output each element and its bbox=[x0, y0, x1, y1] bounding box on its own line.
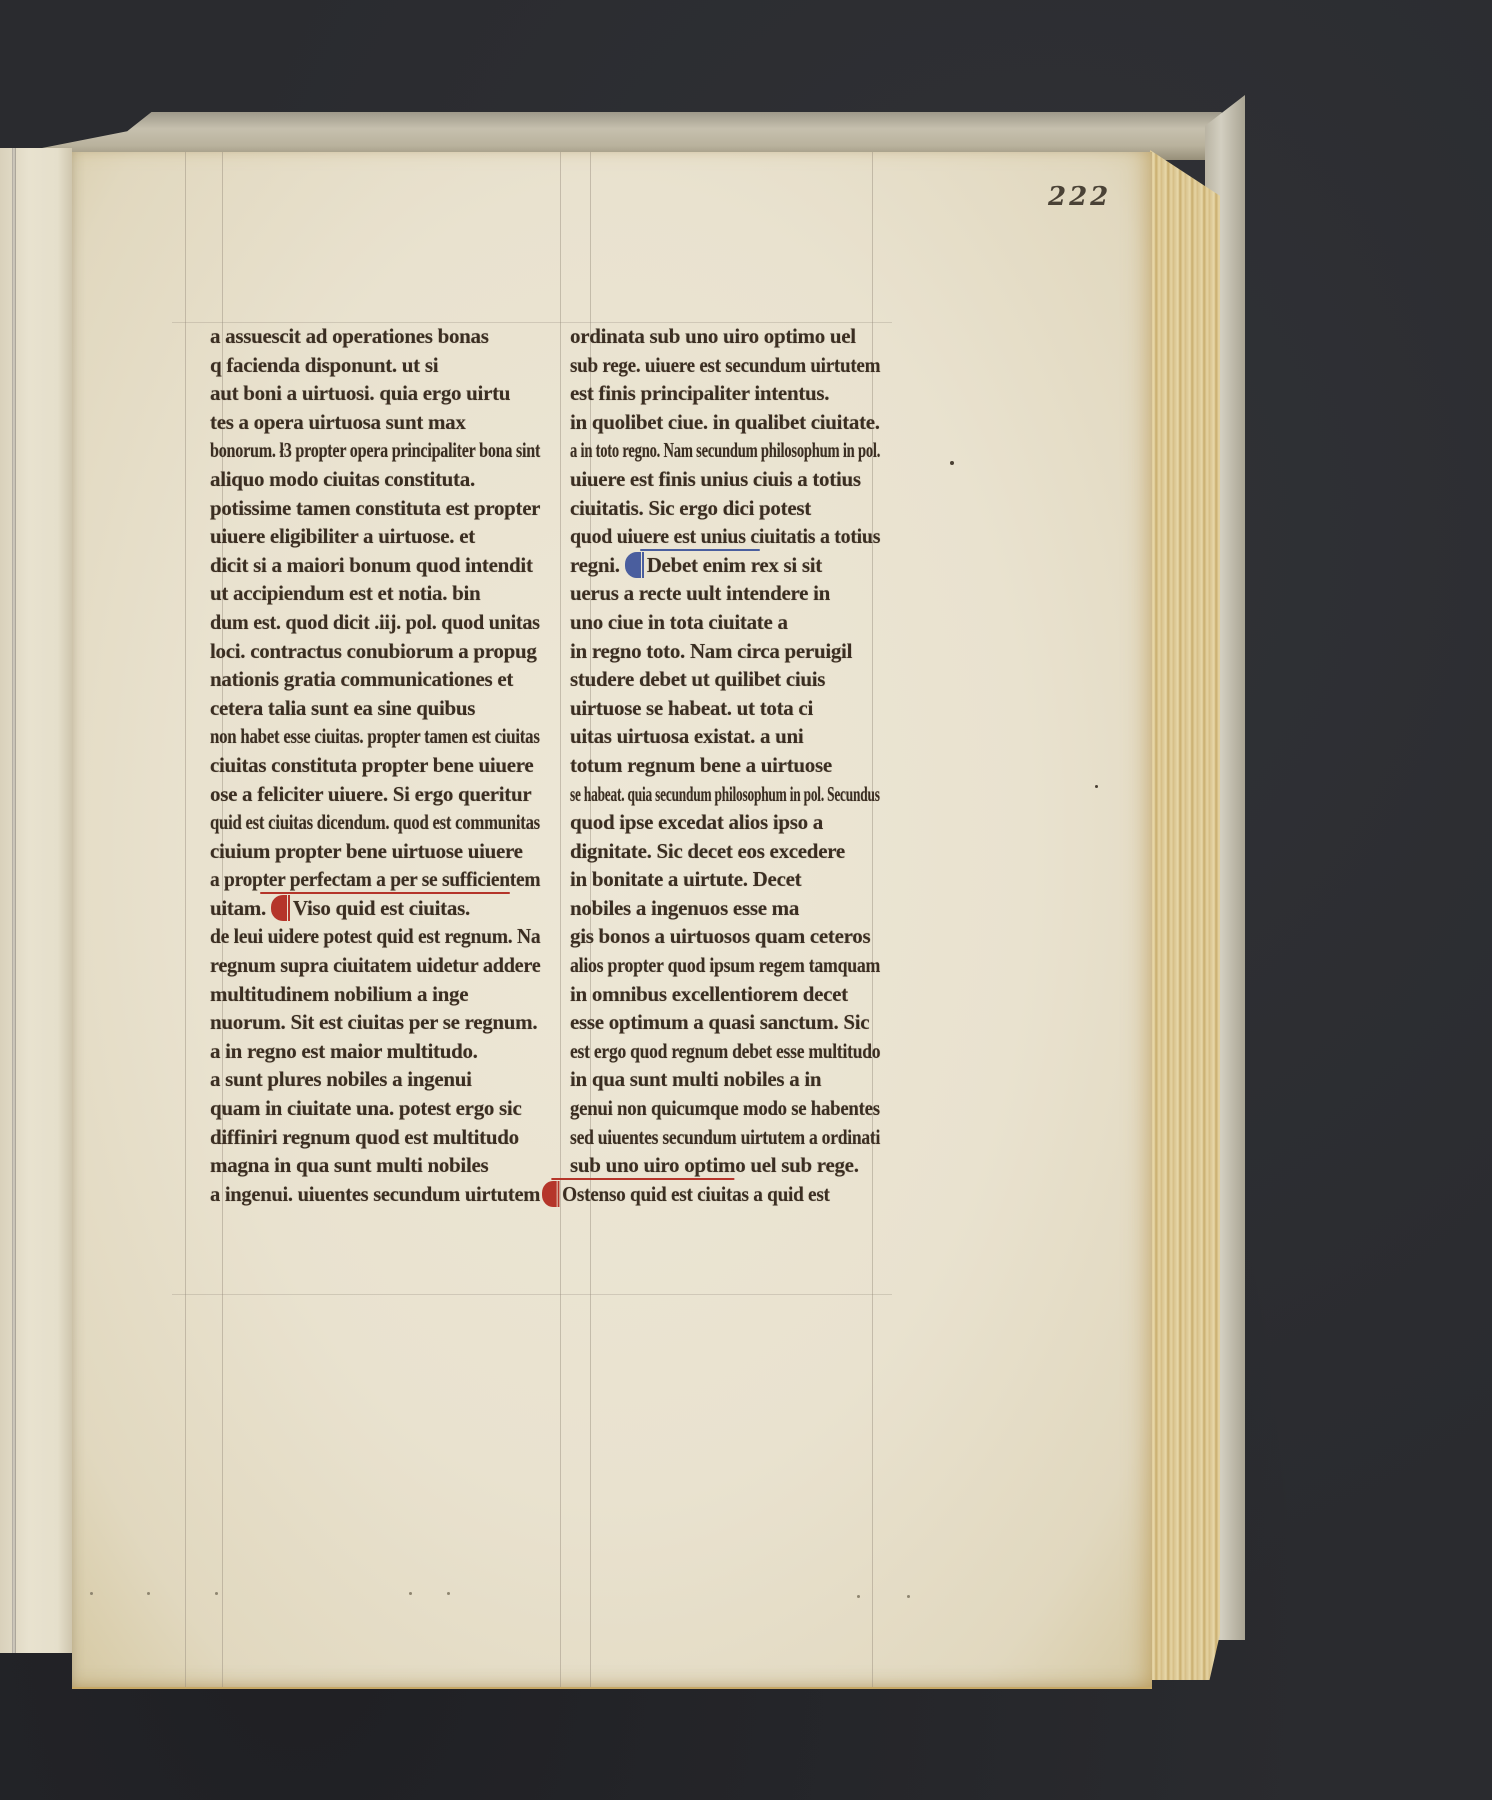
text-line: a in regno est maior multitudo. bbox=[210, 1037, 540, 1066]
text-line: multitudinem nobilium a inge bbox=[210, 980, 540, 1009]
text-line: a in toto regno. Nam secundum philosophu… bbox=[570, 436, 785, 465]
gilded-page-stack bbox=[1150, 150, 1220, 1680]
text-fragment: uitam. bbox=[210, 896, 271, 920]
pricking-hole bbox=[907, 1595, 910, 1598]
text-column-left: a assuescit ad operationes bonas q facie… bbox=[210, 322, 540, 1208]
text-fragment: regni. bbox=[570, 553, 625, 577]
text-line: totum regnum bene a uirtuose bbox=[570, 751, 880, 780]
text-column-right: ordinata sub uno uiro optimo uel sub reg… bbox=[570, 322, 880, 1208]
text-line: sub uno uiro optimo uel sub rege. bbox=[570, 1151, 880, 1180]
text-line: bonorum. ł3 propter opera principaliter … bbox=[210, 436, 463, 465]
text-line: nationis gratia communicationes et bbox=[210, 665, 540, 694]
text-line: dicit si a maiori bonum quod intendit bbox=[210, 551, 540, 580]
pricking-hole bbox=[447, 1592, 450, 1595]
text-line: esse optimum a quasi sanctum. Sic bbox=[570, 1008, 880, 1037]
text-line: q facienda disponunt. ut si bbox=[210, 351, 540, 380]
text-line: in qua sunt multi nobiles a in bbox=[570, 1065, 880, 1094]
text-line: sed uiuentes secundum uirtutem a ordinat… bbox=[570, 1123, 829, 1152]
text-line: magna in qua sunt multi nobiles bbox=[210, 1151, 540, 1180]
gutter-fold bbox=[12, 148, 16, 1653]
text-line: aut boni a uirtuosi. quia ergo uirtu bbox=[210, 379, 540, 408]
paragraph-mark-blue bbox=[625, 552, 641, 578]
text-line: in regno toto. Nam circa peruigil bbox=[570, 637, 880, 666]
text-line: de leui uidere potest quid est regnum. N… bbox=[210, 922, 518, 951]
facing-page-left bbox=[0, 148, 72, 1653]
text-line: est finis principaliter intentus. bbox=[570, 379, 880, 408]
text-line: sub rege. uiuere est secundum uirtutem bbox=[570, 351, 852, 380]
text-line: cetera talia sunt ea sine quibus bbox=[210, 694, 540, 723]
text-line: gis bonos a uirtuosos quam ceteros bbox=[570, 922, 880, 951]
rubric-text: Viso quid est ciuitas. bbox=[293, 896, 470, 920]
text-line: potissime tamen constituta est propter bbox=[210, 494, 539, 523]
text-line: tes a opera uirtuosa sunt max bbox=[210, 408, 540, 437]
rubric-flourish bbox=[551, 1178, 734, 1180]
text-line: quod ipse excedat alios ipso a bbox=[570, 808, 880, 837]
text-line: a propter perfectam a per se sufficiente… bbox=[210, 865, 516, 894]
text-line: nuorum. Sit est ciuitas per se regnum. bbox=[210, 1008, 540, 1037]
text-line: ciuitas constituta propter bene uiuere bbox=[210, 751, 540, 780]
text-line: uno ciue in tota ciuitate a bbox=[570, 608, 880, 637]
text-line: a ingenui. uiuentes secundum uirtutem bbox=[210, 1180, 533, 1209]
text-line: ose a feliciter uiuere. Si ergo queritur bbox=[210, 780, 540, 809]
text-line: diffiniri regnum quod est multitudo bbox=[210, 1123, 540, 1152]
text-line: uitas uirtuosa existat. a uni bbox=[570, 722, 880, 751]
text-line: a sunt plures nobiles a ingenui bbox=[210, 1065, 540, 1094]
ink-speck bbox=[950, 461, 954, 465]
text-line: ciuitatis. Sic ergo dici potest bbox=[570, 494, 880, 523]
pricking-hole bbox=[857, 1595, 860, 1598]
text-line-rubric: Ostenso quid est ciuitas a quid est bbox=[542, 1180, 852, 1209]
text-line: uiuere eligibiliter a uirtuose. et bbox=[210, 522, 540, 551]
text-line: uiuere est finis unius ciuis a totius bbox=[570, 465, 880, 494]
text-line: in omnibus excellentiorem decet bbox=[570, 980, 880, 1009]
paragraph-mark-red bbox=[542, 1181, 557, 1207]
text-line: dignitate. Sic decet eos excedere bbox=[570, 837, 880, 866]
ruling-line bbox=[560, 152, 561, 1687]
text-line-rubric: regni. Debet enim rex si sit bbox=[570, 551, 880, 580]
text-line: in quolibet ciue. in qualibet ciuitate. bbox=[570, 408, 880, 437]
pricking-hole bbox=[409, 1592, 412, 1595]
pricking-hole bbox=[215, 1592, 218, 1595]
ruling-line bbox=[172, 1294, 892, 1295]
text-line: ciuium propter bene uirtuose uiuere bbox=[210, 837, 540, 866]
text-line: uerus a recte uult intendere in bbox=[570, 579, 880, 608]
text-line: quam in ciuitate una. potest ergo sic bbox=[210, 1094, 540, 1123]
text-line: se habeat. quia secundum philosophum in … bbox=[570, 780, 767, 809]
rubric-flourish bbox=[640, 549, 760, 551]
pricking-hole bbox=[147, 1592, 150, 1595]
text-line: studere debet ut quilibet ciuis bbox=[570, 665, 880, 694]
rubric-flourish bbox=[260, 892, 510, 894]
rubric-text: Ostenso quid est ciuitas a quid est bbox=[562, 1182, 830, 1206]
pricking-hole bbox=[90, 1592, 93, 1595]
text-line: genui non quicumque modo se habentes bbox=[570, 1094, 848, 1123]
text-line: quid est ciuitas dicendum. quod est comm… bbox=[210, 808, 472, 837]
ruling-line bbox=[185, 152, 186, 1687]
text-line: quod uiuere est unius ciuitatis a totius bbox=[570, 522, 864, 551]
text-line: in bonitate a uirtute. Decet bbox=[570, 865, 880, 894]
folio-number: 222 bbox=[1048, 182, 1111, 212]
text-line: ut accipiendum est et notia. bin bbox=[210, 579, 540, 608]
text-line: regnum supra ciuitatem uidetur addere bbox=[210, 951, 528, 980]
text-line-rubric: uitam. Viso quid est ciuitas. bbox=[210, 894, 540, 923]
text-line: dum est. quod dicit .iij. pol. quod unit… bbox=[210, 608, 527, 637]
text-line: ordinata sub uno uiro optimo uel bbox=[570, 322, 880, 351]
text-line: aliquo modo ciuitas constituta. bbox=[210, 465, 540, 494]
text-line: nobiles a ingenuos esse ma bbox=[570, 894, 880, 923]
text-line: est ergo quod regnum debet esse multitud… bbox=[570, 1037, 829, 1066]
text-line: alios propter quod ipsum regem tamquam bbox=[570, 951, 833, 980]
text-line: a assuescit ad operationes bonas bbox=[210, 322, 540, 351]
ink-speck bbox=[1095, 785, 1098, 788]
text-line: loci. contractus conubiorum a propug bbox=[210, 637, 540, 666]
paragraph-mark-red bbox=[271, 895, 287, 921]
text-line: non habet esse ciuitas. propter tamen es… bbox=[210, 722, 474, 751]
rubric-text: Debet enim rex si sit bbox=[647, 553, 822, 577]
text-line: uirtuose se habeat. ut tota ci bbox=[570, 694, 880, 723]
